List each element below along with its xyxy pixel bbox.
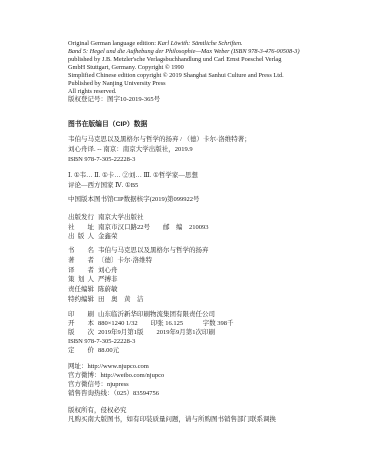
row-value: 陈蔚敏 xyxy=(98,286,118,293)
weibo-line: 官方微博：http://weibo.com/njupco xyxy=(68,371,325,380)
row-value: 田 奥 黄 洁 xyxy=(98,296,144,303)
row-value: 88.00元 xyxy=(98,347,119,354)
row-label: 策划人 xyxy=(68,275,94,285)
row-value: 严搏非 xyxy=(98,276,118,283)
publisher-block: 出版发行南京大学出版社 社址南京市汉口路22号 邮 编 210093 出版人金鑫… xyxy=(68,213,325,242)
copyright-line-2: Band 5: Hegel und die Aufhebung der Phil… xyxy=(68,48,325,56)
book-title-row: 书名韦伯与马克思以及黑格尔与哲学的扬弃 xyxy=(68,246,325,256)
german-volume-title: Band 5: Hegel und die Aufhebung der Phil… xyxy=(68,48,300,55)
german-series-title: Karl Löwith: Sämtliche Schriften. xyxy=(158,40,243,47)
cip-entry-line: 刘心舟译. -- 南京：南京大学出版社，2019.9 xyxy=(68,145,325,155)
row-label: 译者 xyxy=(68,266,94,276)
row-value: 山东临沂新华印刷物流集团有限责任公司 xyxy=(98,311,215,318)
copyright-line-1: Original German language edition: Karl L… xyxy=(68,40,325,48)
row-label: 特约编辑 xyxy=(68,295,94,305)
cip-entry-isbn: ISBN 978-7-305-22228-3 xyxy=(68,155,325,165)
planner-row: 策划人严搏非 xyxy=(68,275,325,285)
isbn-line: ISBN 978-7-305-22228-3 xyxy=(68,337,325,346)
row-value: 南京市汉口路22号 邮 编 210093 xyxy=(98,224,209,231)
row-label: 责任编辑 xyxy=(68,285,94,295)
website-line: 网址：http://www.njupco.com xyxy=(68,362,325,371)
printer-row: 印刷山东临沂新华印刷物流集团有限责任公司 xyxy=(68,310,325,319)
row-label: 社址 xyxy=(68,223,94,233)
cip-class-line: 评论—西方国家 Ⅳ. ①B5 xyxy=(68,181,325,191)
copyright-line-7: All rights reserved. xyxy=(68,88,325,96)
author-row: 著者〔德〕卡尔·洛维特 xyxy=(68,256,325,266)
cip-classification-block: Ⅰ. ①韦… Ⅱ. ①卡… ②刘… Ⅲ. ①哲学家—思想 评论—西方国家 Ⅳ. … xyxy=(68,171,325,191)
rights-reserved-line: 版权所有，侵权必究 xyxy=(68,406,325,415)
book-copyright-page: Original German language edition: Karl L… xyxy=(0,0,375,469)
row-value: 〔德〕卡尔·洛维特 xyxy=(98,257,152,264)
contact-block: 网址：http://www.njupco.com 官方微博：http://wei… xyxy=(68,362,325,398)
wechat-line: 官方微信号：njupress xyxy=(68,380,325,389)
row-value: 韦伯与马克思以及黑格尔与哲学的扬弃 xyxy=(98,247,209,254)
sales-hotline-line: 销售咨询热线：（025）83594756 xyxy=(68,389,325,398)
contributing-editor-row: 特约编辑田 奥 黄 洁 xyxy=(68,295,325,305)
cip-header: 图书在版编目（CIP）数据 xyxy=(68,120,325,129)
format-row: 开本880×1240 1/32 印张 16.125 字数 398千 xyxy=(68,319,325,328)
row-label: 出版发行 xyxy=(68,213,94,223)
row-value: 南京大学出版社 xyxy=(98,214,144,221)
row-label: 印刷 xyxy=(68,310,94,319)
row-label: 书名 xyxy=(68,246,94,256)
publisher-person-row: 出版人金鑫荣 xyxy=(68,232,325,242)
price-row: 定价88.00元 xyxy=(68,346,325,355)
cip-entry-block: 韦伯与马克思以及黑格尔与哲学的扬弃 / （德）卡尔·洛维特著； 刘心舟译. --… xyxy=(68,135,325,165)
copyright-line-3: published by J.B. Metzler'sche Verlagsbu… xyxy=(68,56,325,64)
row-value: 刘心舟 xyxy=(98,267,118,274)
cip-record-number: 中国版本图书馆CIP数据核字(2019)第099922号 xyxy=(68,195,325,205)
quality-exchange-line: 凡购买南大版图书，如有印装质量问题，请与所购图书销售部门联系调换 xyxy=(68,415,325,424)
row-label: 出版人 xyxy=(68,232,94,242)
editor-row: 责任编辑陈蔚敏 xyxy=(68,285,325,295)
row-value: 金鑫荣 xyxy=(98,233,118,240)
copyright-line-4: GmbH Stuttgart, Germany. Copyright © 199… xyxy=(68,64,325,72)
publisher-row: 出版发行南京大学出版社 xyxy=(68,213,325,223)
copyright-en-block: Original German language edition: Karl L… xyxy=(68,40,325,104)
cip-entry-line: 韦伯与马克思以及黑格尔与哲学的扬弃 / （德）卡尔·洛维特著； xyxy=(68,135,325,145)
printing-info-block: 印刷山东临沂新华印刷物流集团有限责任公司 开本880×1240 1/32 印张 … xyxy=(68,310,325,355)
cip-record-block: 中国版本图书馆CIP数据核字(2019)第099922号 xyxy=(68,195,325,205)
copyright-line-5: Simplified Chinese edition copyright © 2… xyxy=(68,72,325,80)
book-info-block: 书名韦伯与马克思以及黑格尔与哲学的扬弃 著者〔德〕卡尔·洛维特 译者刘心舟 策划… xyxy=(68,246,325,304)
row-value: 880×1240 1/32 印张 16.125 字数 398千 xyxy=(98,320,233,327)
copyright-registration-number: 版权登记号：图字10-2019-365号 xyxy=(68,96,325,104)
row-label: 定价 xyxy=(68,346,94,355)
row-label: 版次 xyxy=(68,328,94,337)
row-value: 2019年9月第1版 2019年9月第1次印刷 xyxy=(98,329,215,336)
address-row: 社址南京市汉口路22号 邮 编 210093 xyxy=(68,223,325,233)
row-label: 开本 xyxy=(68,319,94,328)
translator-row: 译者刘心舟 xyxy=(68,266,325,276)
edition-row: 版次2019年9月第1版 2019年9月第1次印刷 xyxy=(68,328,325,337)
cip-class-line: Ⅰ. ①韦… Ⅱ. ①卡… ②刘… Ⅲ. ①哲学家—思想 xyxy=(68,171,325,181)
copyright-line-6: Published by Nanjing University Press xyxy=(68,80,325,88)
copyright-line-1-prefix: Original German language edition: xyxy=(68,40,158,47)
rights-notice-block: 版权所有，侵权必究 凡购买南大版图书，如有印装质量问题，请与所购图书销售部门联系… xyxy=(68,406,325,424)
row-label: 著者 xyxy=(68,256,94,266)
